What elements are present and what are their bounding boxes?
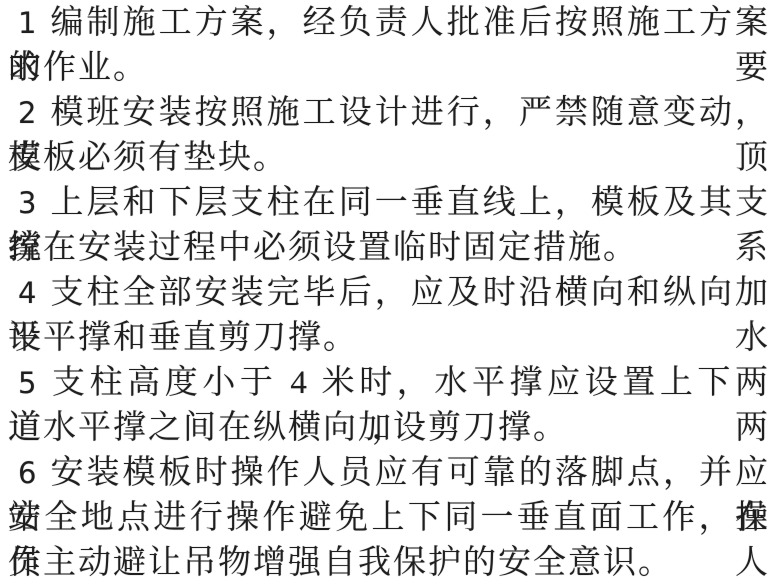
text-line: 2模班安装按照施工设计进行，严禁随意变动，支顶 — [8, 91, 770, 136]
line-text: 求作业。 — [8, 50, 148, 86]
item-number: 2 — [18, 96, 36, 130]
document-page: 1编制施工方案，经负责人批准后按照施工方案的要 求作业。 2模班安装按照施工设计… — [0, 0, 780, 585]
item-number: 6 — [18, 456, 36, 490]
line-text: 模板必须有垫块。 — [8, 140, 288, 176]
item-number: 3 — [18, 186, 36, 220]
line-text: 平平撑和垂直剪刀撑。 — [8, 320, 358, 356]
text-line: 1编制施工方案，经负责人批准后按照施工方案的要 — [8, 1, 770, 46]
item-number: 5 — [18, 366, 36, 400]
text-line: 3上层和下层支柱在同一垂直线上，模板及其支撑系 — [8, 181, 770, 226]
line-text: 道水平撑之间在纵横向加设剪刀撑。 — [8, 410, 568, 446]
text-line: 员主动避让吊物增强自我保护的安全意识。 — [8, 541, 770, 585]
item-number: 1 — [18, 6, 36, 40]
item-number: 4 — [18, 276, 36, 310]
text-line: 4支柱全部安装完毕后，应及时沿横向和纵向加设水 — [8, 271, 770, 316]
text-line: 安全地点进行操作避免上下同一垂直面工作，操作人 — [8, 496, 770, 541]
text-line: 6安装模板时操作人员应有可靠的落脚点，并应站在 — [8, 451, 770, 496]
line-text: 统在安装过程中必须设置临时固定措施。 — [8, 230, 638, 266]
text-line: 5支柱高度小于 4 米时，水平撑应设置上下两道，两 — [8, 361, 770, 406]
line-text: 员主动避让吊物增强自我保护的安全意识。 — [8, 545, 673, 581]
